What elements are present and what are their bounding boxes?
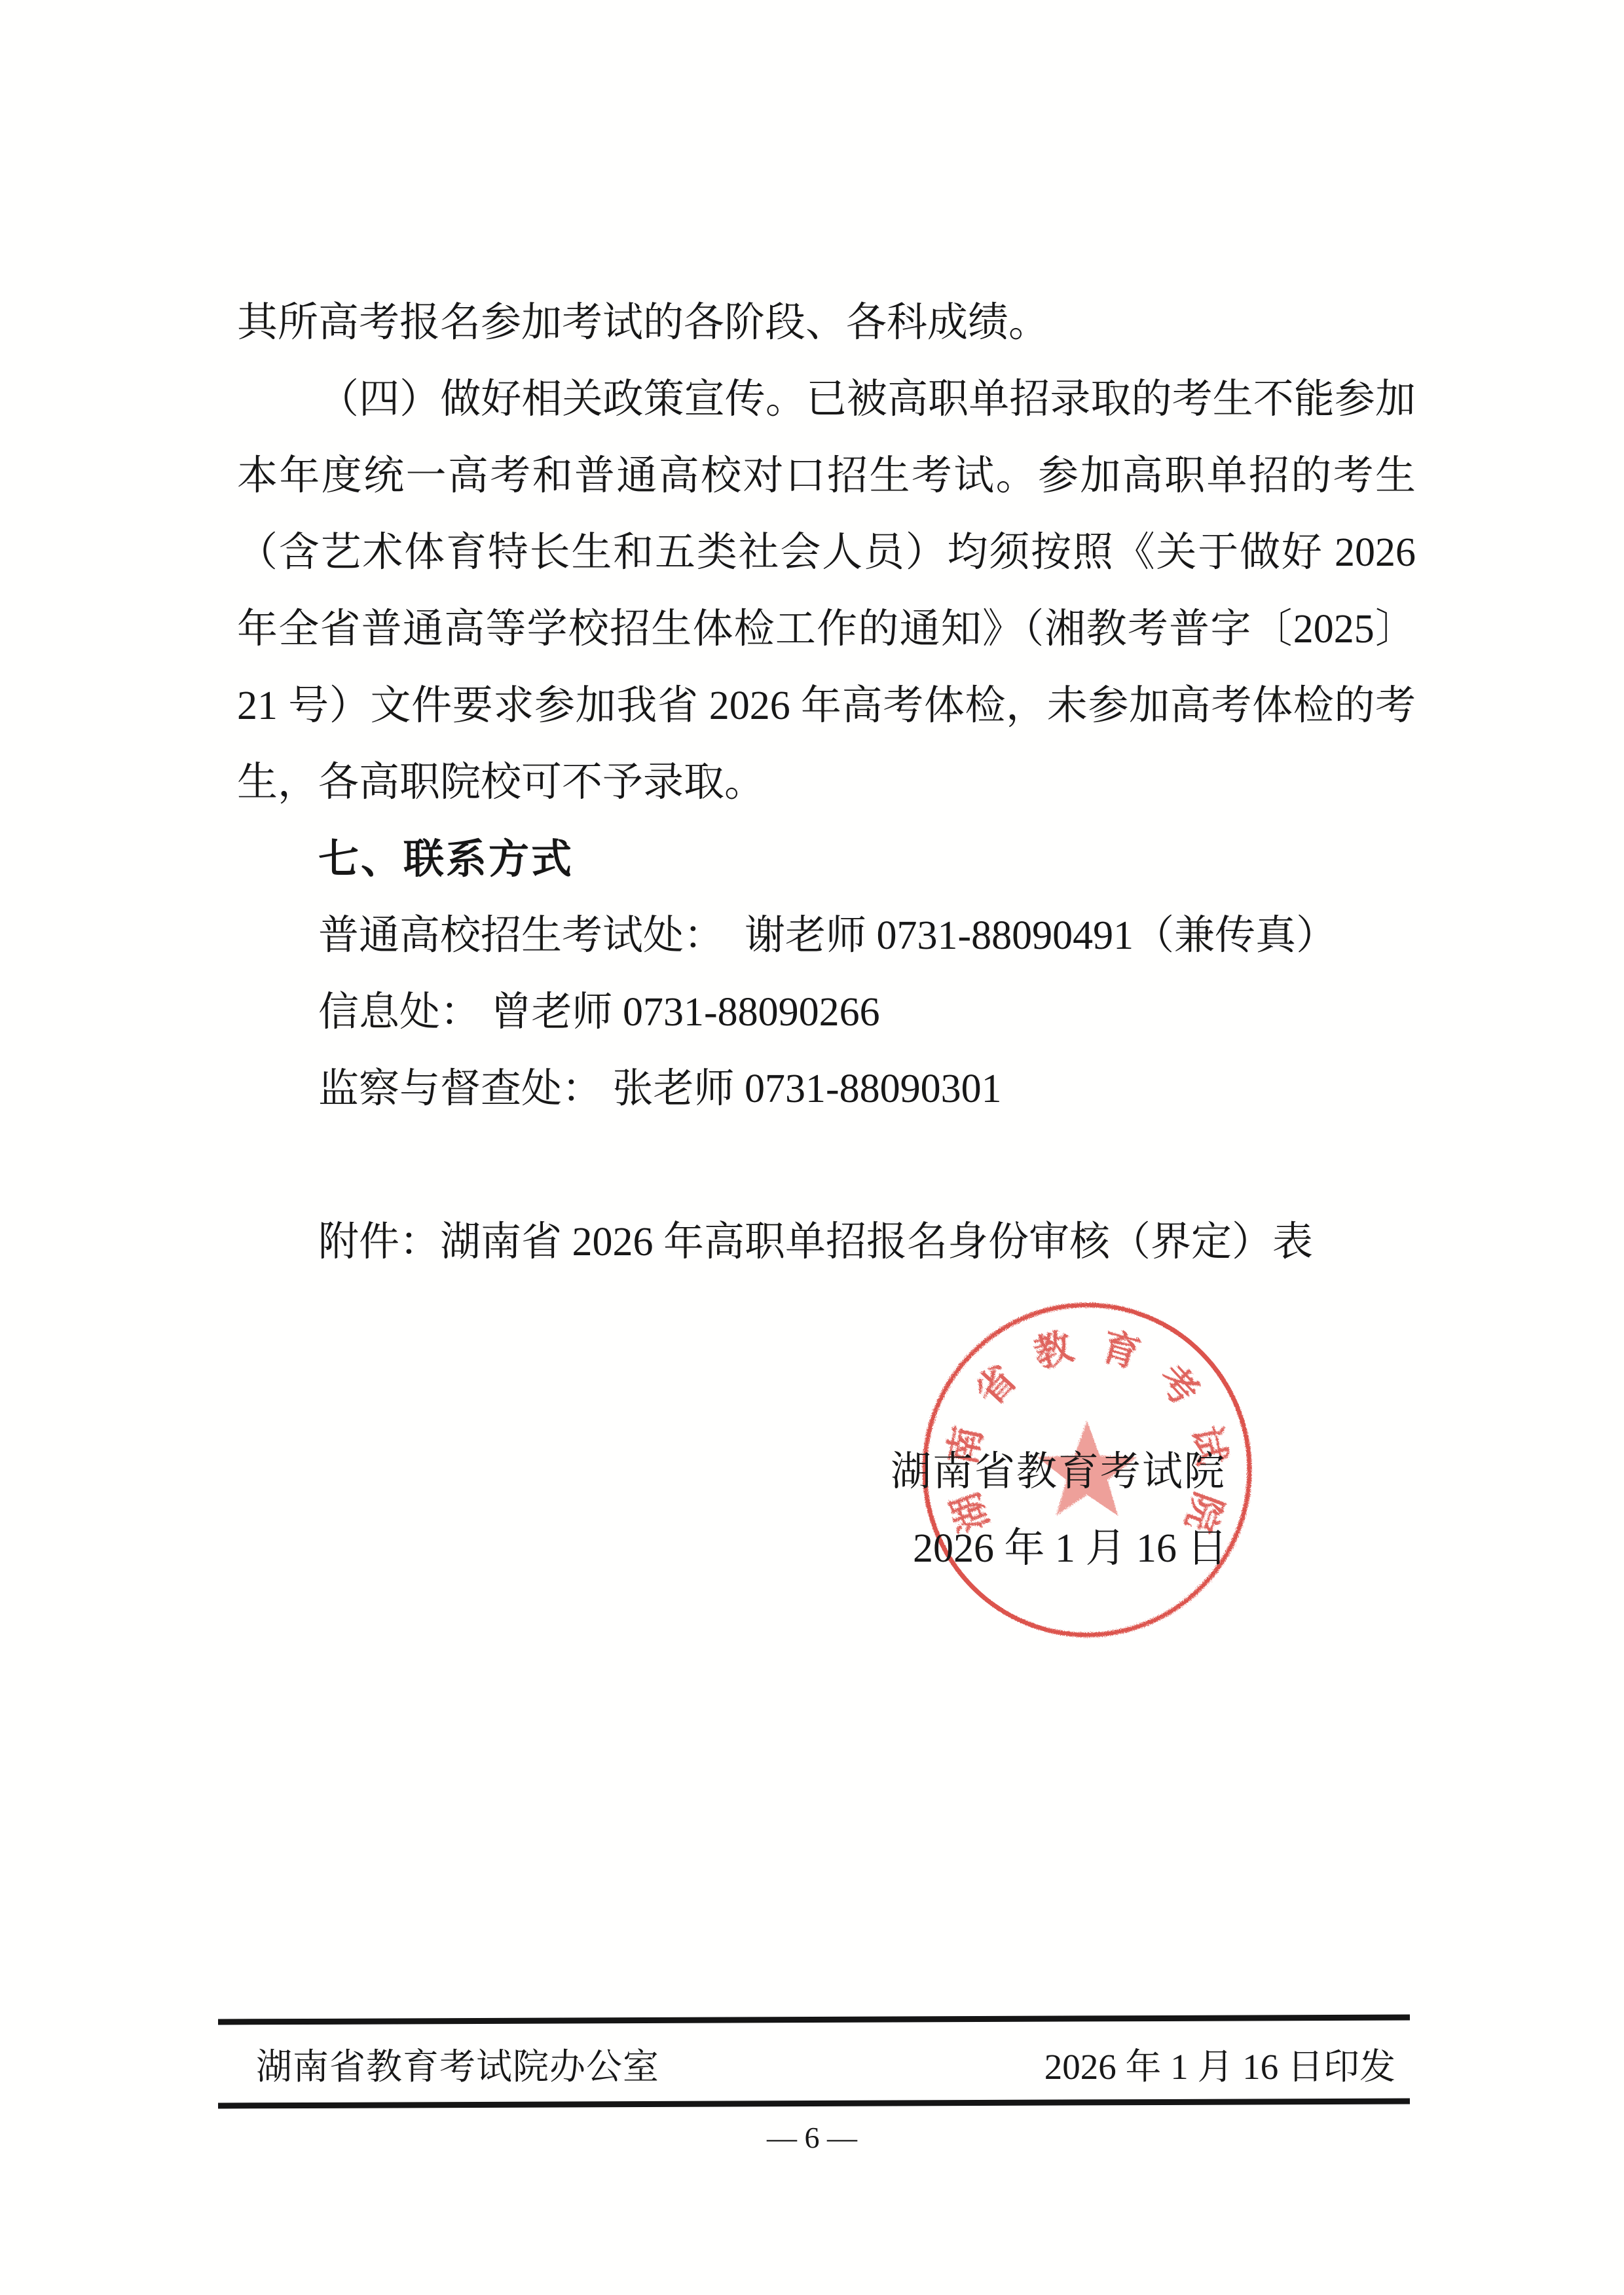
paragraph-line: 本年度统一高考和普通高校对口招生考试。参加高职单招的考生 [237,438,1416,515]
spacer-line [237,1128,1416,1204]
paragraph-line: （四）做好相关政策宣传。已被高职单招录取的考生不能参加 [237,361,1416,438]
signature-date: 2026 年 1 月 16 日 [913,1511,1416,1587]
document-body: 其所高考报名参加考试的各阶段、各科成绩。 （四）做好相关政策宣传。已被高职单招录… [237,285,1416,1587]
footer-issuing-office: 湖南省教育考试院办公室 [256,2038,659,2089]
scanned-document-page: 湖 南 省 教 育 考 试 院 其所高考报名参加考试的各阶段、各科成绩。 （四）… [0,0,1624,2295]
spacer-line [237,1357,1416,1434]
paragraph-line: 生，各高职院校可不予录取。 [237,744,1416,821]
footer-row: 湖南省教育考试院办公室 2026 年 1 月 16 日印发 [218,2034,1410,2093]
signature-organization: 湖南省教育考试院 [891,1434,1416,1511]
contact-line-supervision: 监察与督查处： 张老师 0731-88090301 [237,1051,1416,1128]
paragraph-line: 年全省普通高等学校招生体检工作的通知》（湘教考普字〔2025〕 [237,591,1416,668]
paragraph-line: （含艺术体育特长生和五类社会人员）均须按照《关于做好 2026 [237,515,1416,591]
section-heading-contact: 七、联系方式 [237,821,1416,898]
contact-line-information: 信息处： 曾老师 0731-88090266 [237,974,1416,1051]
paragraph-line: 其所高考报名参加考试的各阶段、各科成绩。 [237,285,1416,361]
contact-line-admissions: 普通高校招生考试处： 谢老师 0731-88090491（兼传真） [237,898,1416,974]
footer-rule-top [218,2015,1410,2025]
footer-rule-bottom [218,2099,1410,2109]
attachment-line: 附件：湖南省 2026 年高职单招报名身份审核（界定）表 [237,1204,1416,1281]
paragraph-line: 21 号）文件要求参加我省 2026 年高考体检，未参加高考体检的考 [237,668,1416,744]
page-number: — 6 — [0,2120,1624,2155]
footer-print-date: 2026 年 1 月 16 日印发 [1044,2038,1395,2089]
spacer-line [237,1281,1416,1357]
